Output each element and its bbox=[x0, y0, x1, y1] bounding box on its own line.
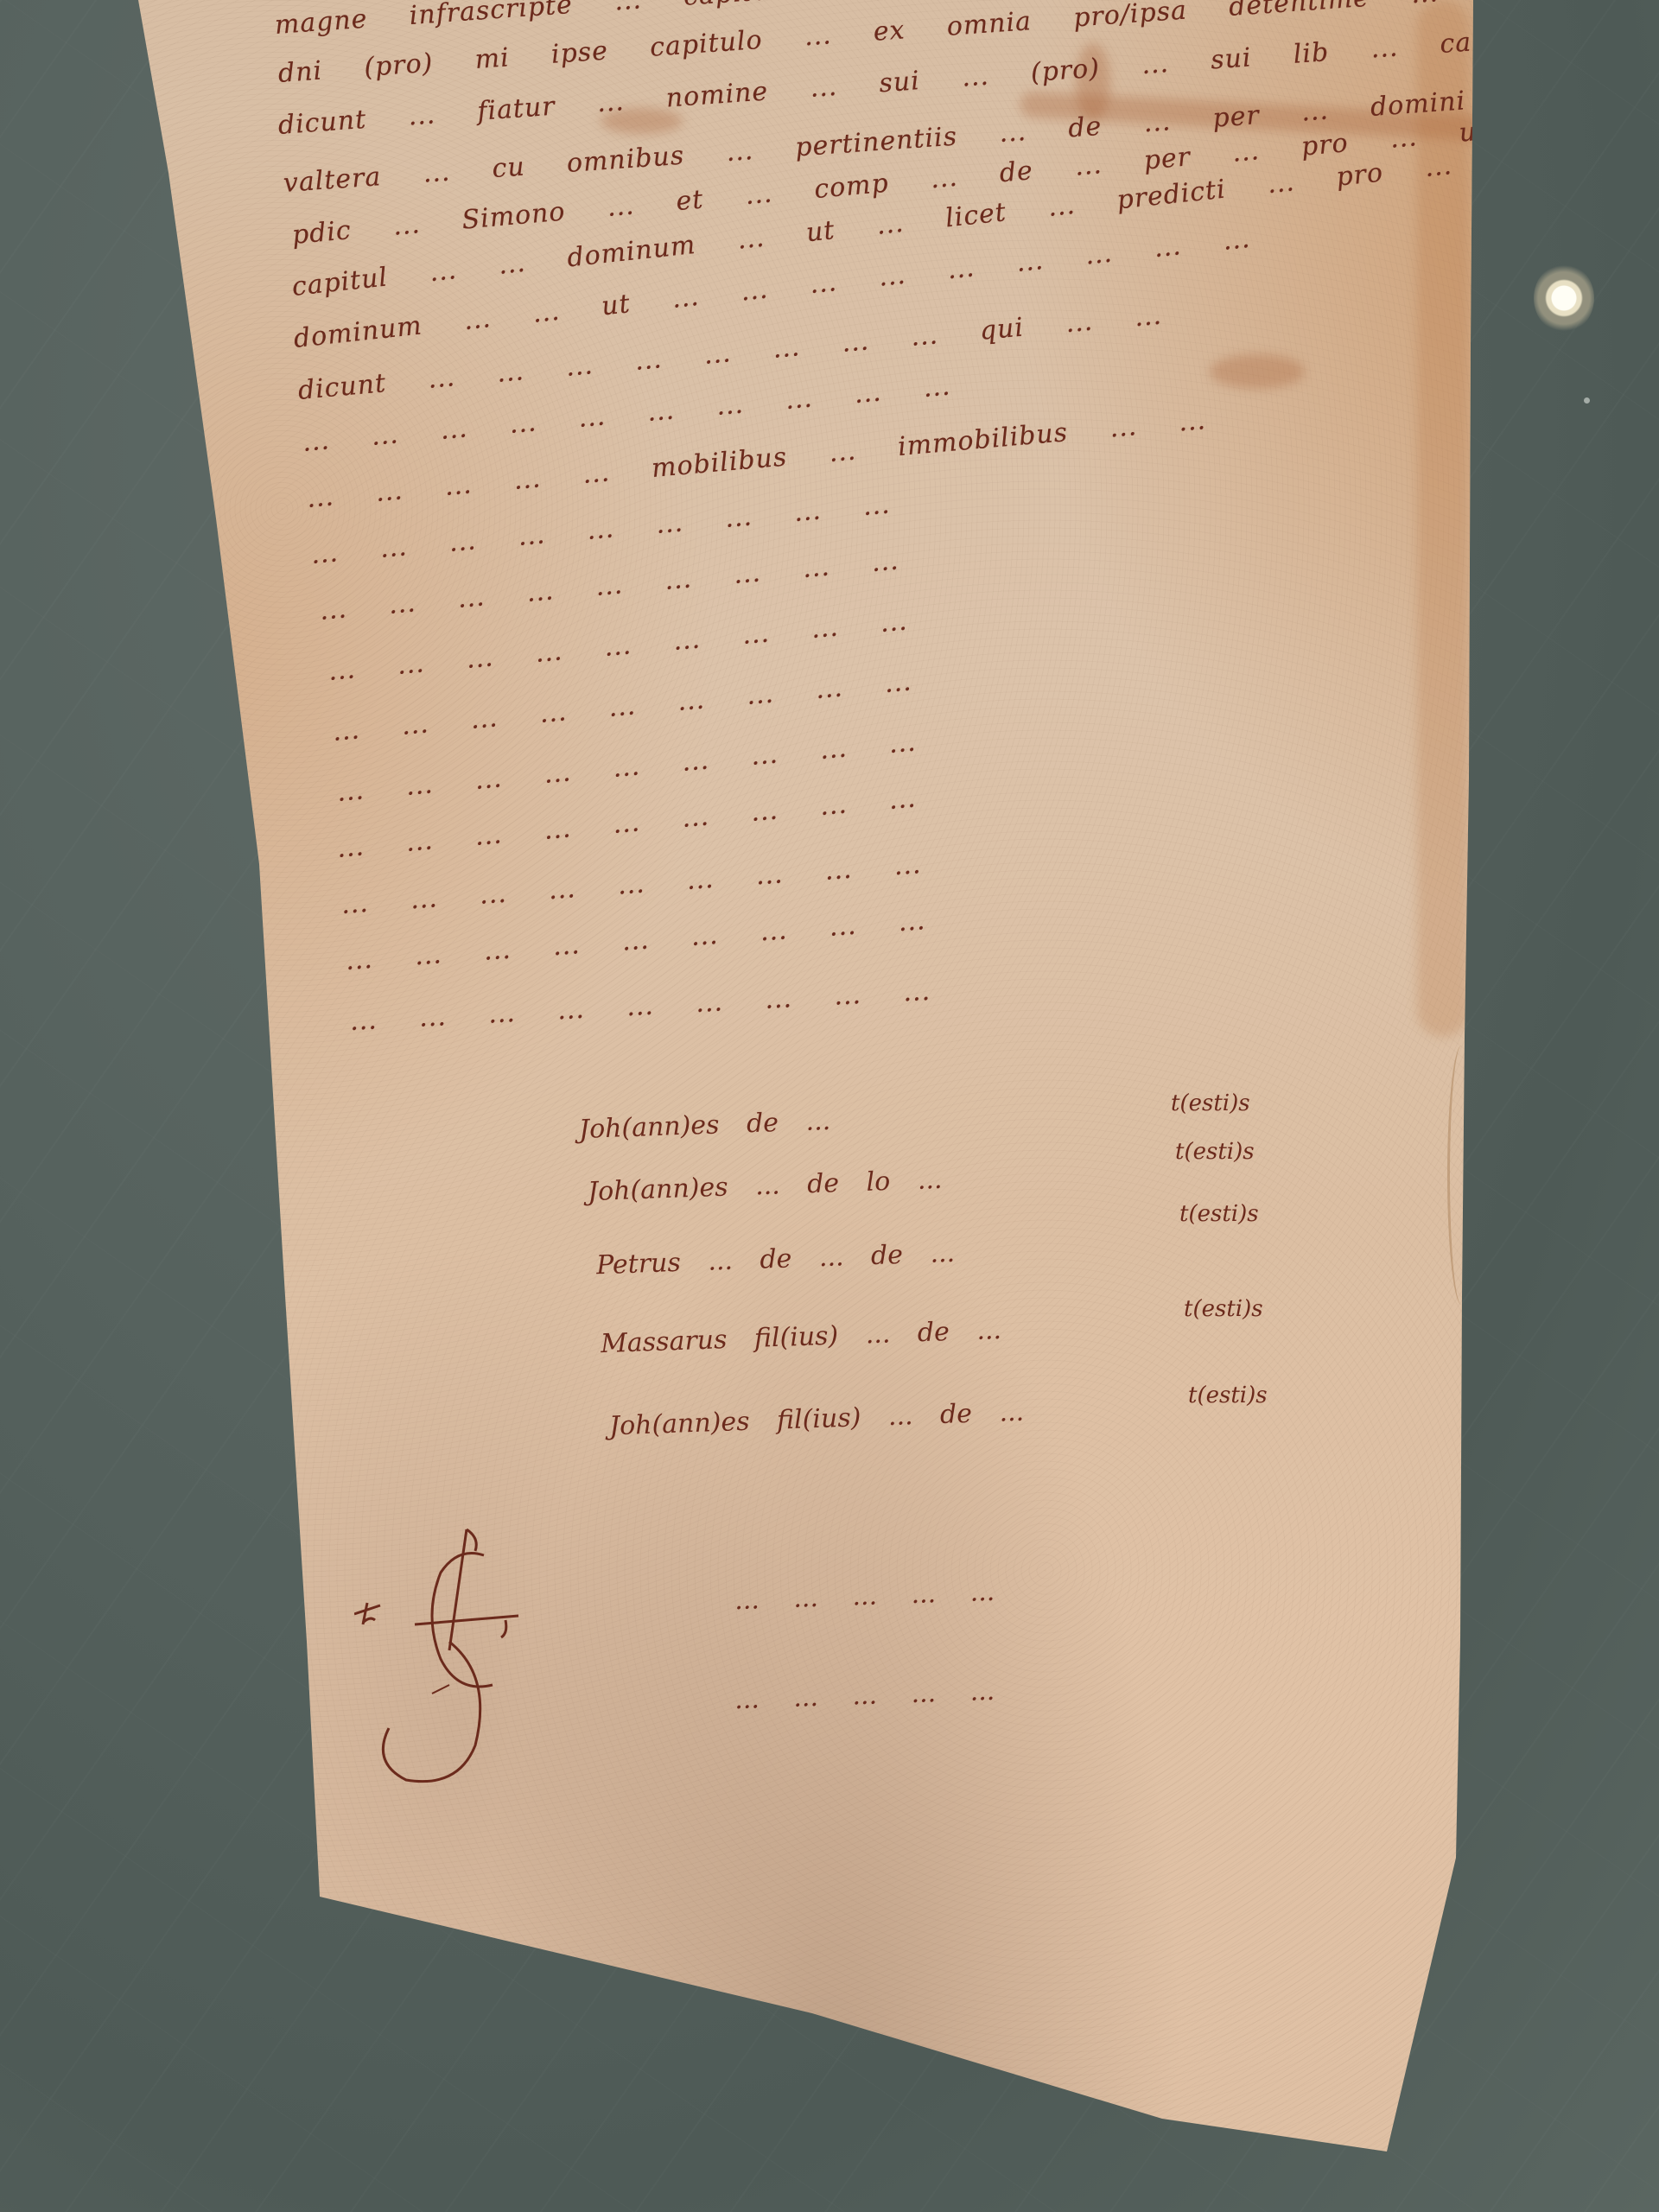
light-reflection bbox=[1534, 264, 1594, 333]
notarial-signum-icon bbox=[354, 1521, 700, 1797]
witness-mark: t(esti)s bbox=[1171, 1090, 1250, 1116]
witness-mark: t(esti)s bbox=[1184, 1296, 1263, 1322]
witness-mark: t(esti)s bbox=[1179, 1201, 1259, 1227]
witness-mark: t(esti)s bbox=[1175, 1139, 1255, 1165]
witness-mark: t(esti)s bbox=[1188, 1382, 1268, 1408]
light-reflection-dot bbox=[1584, 397, 1590, 404]
ink-stain bbox=[1210, 354, 1305, 389]
